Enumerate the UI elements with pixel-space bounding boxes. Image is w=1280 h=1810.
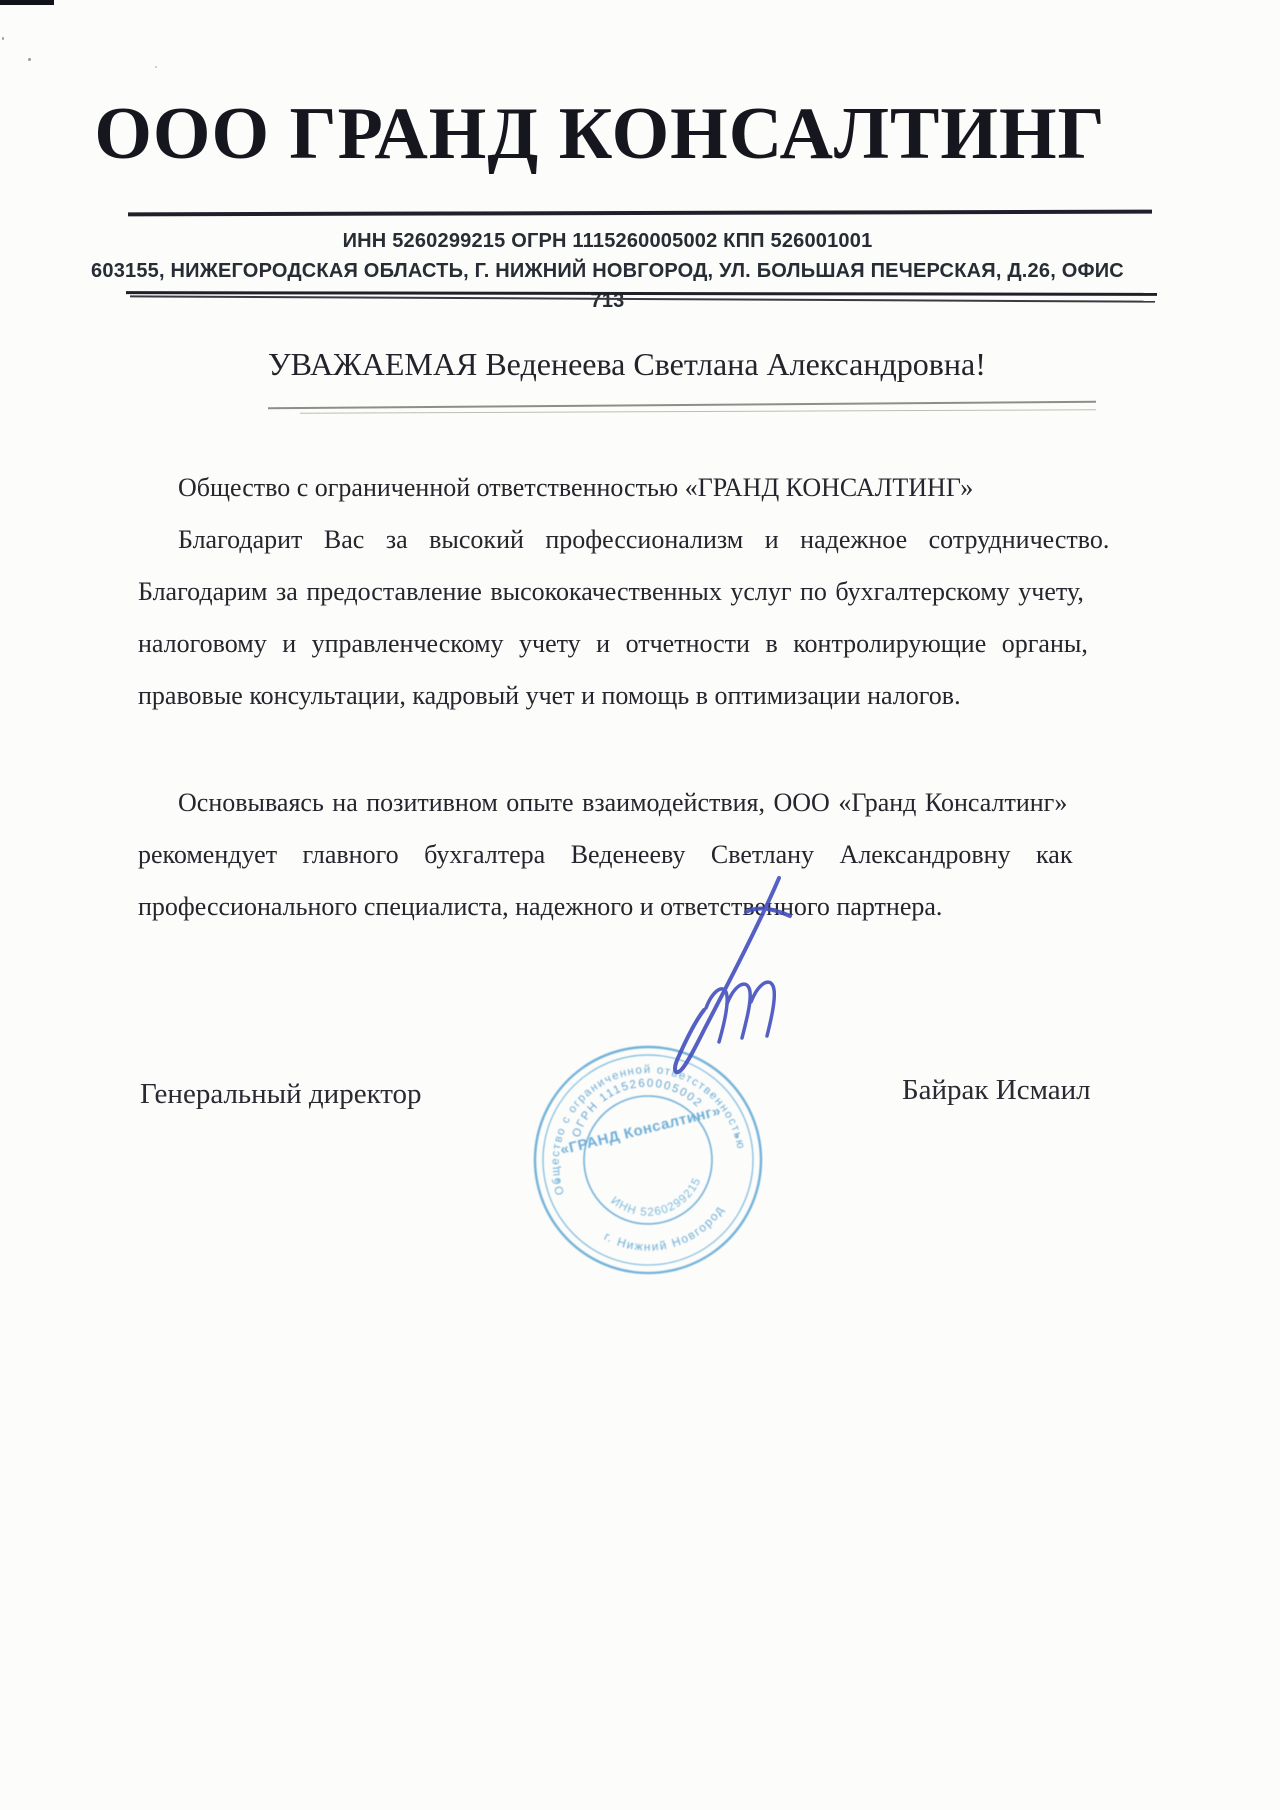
- salutation-underline: [268, 401, 1096, 410]
- stamp-inn-text: ИНН 5260299215: [607, 1173, 710, 1229]
- body-line: Благодарит Вас за высокий профессионализ…: [138, 514, 1088, 566]
- body-line: Благодарим за предоставление высококачес…: [138, 566, 1088, 618]
- scan-artifact-bar: [0, 0, 54, 5]
- signer-role: Генеральный директор: [140, 1078, 422, 1111]
- salutation-underline-echo: [300, 409, 1096, 413]
- body-line: правовые консультации, кадровый учет и п…: [138, 670, 1088, 722]
- scan-speck: [2, 37, 4, 40]
- body-paragraph-1: Общество с ограниченной ответственностью…: [138, 462, 1088, 722]
- body-line: Основываясь на позитивном опыте взаимоде…: [138, 777, 1088, 829]
- letterhead-rule-top: [128, 210, 1152, 217]
- salutation-line: УВАЖАЕМАЯ Веденеева Светлана Александров…: [268, 346, 986, 383]
- body-line: Общество с ограниченной ответственностью…: [138, 462, 1088, 514]
- handwritten-signature: [560, 862, 820, 1094]
- svg-text:ИНН 5260299215: ИНН 5260299215: [607, 1173, 710, 1229]
- letterhead-info: ИНН 5260299215 ОГРН 1115260005002 КПП 52…: [90, 226, 1125, 316]
- body-line: налоговому и управленческому учету и отч…: [138, 618, 1088, 670]
- scan-speck: [155, 66, 157, 68]
- registration-numbers-line: ИНН 5260299215 ОГРН 1115260005002 КПП 52…: [90, 226, 1125, 256]
- company-address-line: 603155, НИЖЕГОРОДСКАЯ ОБЛАСТЬ, Г. НИЖНИЙ…: [90, 256, 1125, 316]
- handwritten-signature-icon: [560, 862, 820, 1094]
- signer-name: Байрак Исмаил: [902, 1074, 1091, 1107]
- scanned-letter-page: ООО ГРАНД КОНСАЛТИНГ ИНН 5260299215 ОГРН…: [0, 0, 1280, 1810]
- company-name: ООО ГРАНД КОНСАЛТИНГ: [60, 92, 1140, 177]
- scan-speck: [28, 58, 31, 61]
